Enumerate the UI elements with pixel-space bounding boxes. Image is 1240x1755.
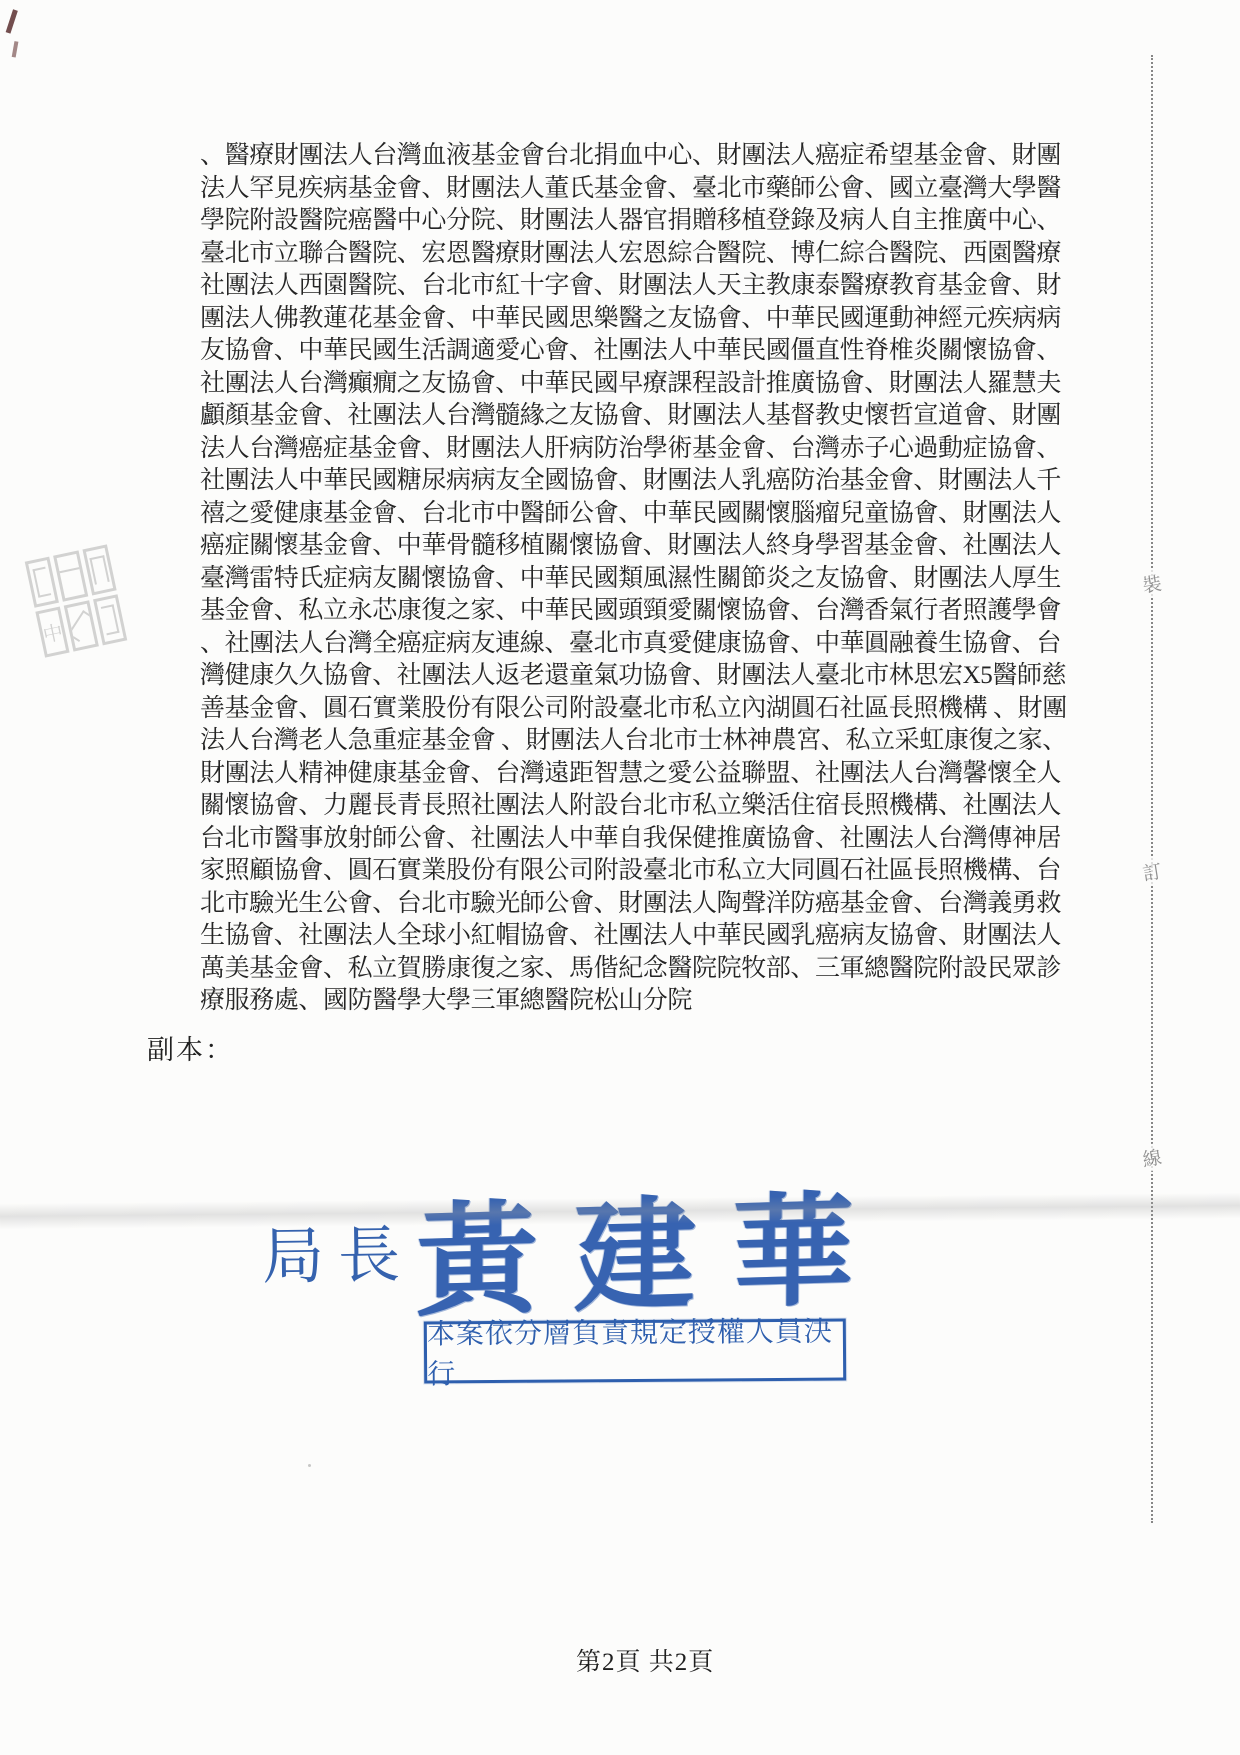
binding-label-xian: 線 bbox=[1137, 1142, 1167, 1173]
text-line: 社團法人中華民國糖尿病病友全國協會、財團法人乳癌防治基金會、財團法人千 bbox=[200, 465, 1130, 498]
text-line: 台北市醫事放射師公會、社團法人中華自我保健推廣協會、社團法人台灣傳神居 bbox=[200, 823, 1130, 856]
text-line: 團法人佛教蓮花基金會、中華民國思樂醫之友協會、中華民國運動神經元疾病病 bbox=[200, 303, 1130, 336]
scan-corner-artifact bbox=[12, 41, 27, 59]
binding-label-ding: 訂 bbox=[1137, 856, 1167, 887]
scan-speck bbox=[1037, 742, 1041, 746]
text-line: 法人台灣老人急重症基金會 、財團法人台北市士林神農宮、私立采虹康復之家、 bbox=[200, 725, 1130, 758]
faint-seal-stamp: 中 bbox=[20, 540, 132, 663]
delegation-authority-stamp: 本案依分層負責規定授權人員決行 bbox=[424, 1319, 846, 1384]
text-line: 善基金會、圓石實業股份有限公司附設臺北市私立內湖圓石社區長照機構 、財團 bbox=[200, 693, 1130, 726]
text-line: 、社團法人台灣全癌症病友連線、臺北市真愛健康協會、中華圓融養生協會、台 bbox=[200, 628, 1130, 661]
text-line: 生協會、社團法人全球小紅帽協會、社團法人中華民國乳癌病友協會、財團法人 bbox=[200, 920, 1130, 953]
seal-fragment bbox=[82, 544, 117, 595]
recipient-list-paragraph: 、醫療財團法人台灣血液基金會台北捐血中心、財團法人癌症希望基金會、財團法人罕見疾… bbox=[200, 140, 1130, 1018]
text-line: 社團法人台灣癲癇之友協會、中華民國早療課程設計推廣協會、財團法人羅慧夫 bbox=[200, 368, 1130, 401]
binding-dotted-line bbox=[1151, 55, 1153, 1523]
text-line: 顱顏基金會、社團法人台灣髓緣之友協會、財團法人基督教史懷哲宣道會、財團 bbox=[200, 400, 1130, 433]
text-line: 基金會、私立永芯康復之家、中華民國頭頸愛關懷協會、台灣香氣行者照護學會 bbox=[200, 595, 1130, 628]
text-line: 、醫療財團法人台灣血液基金會台北捐血中心、財團法人癌症希望基金會、財團 bbox=[200, 140, 1130, 173]
seal-fragment bbox=[53, 550, 88, 601]
scan-corner-artifact bbox=[6, 9, 28, 36]
scan-speck bbox=[308, 1464, 311, 1467]
text-line: 學院附設醫院癌醫中心分院、財團法人器官捐贈移植登錄及病人自主推廣中心、 bbox=[200, 205, 1130, 238]
text-line: 臺北市立聯合醫院、宏恩醫療財團法人宏恩綜合醫院、博仁綜合醫院、西園醫療 bbox=[200, 238, 1130, 271]
seal-fragment bbox=[93, 594, 128, 645]
text-line: 家照顧協會、圓石實業股份有限公司附設臺北市私立大同圓石社區長照機構、台 bbox=[200, 855, 1130, 888]
text-line: 法人罕見疾病基金會、財團法人董氏基金會、臺北市藥師公會、國立臺灣大學醫 bbox=[200, 173, 1130, 206]
text-line: 社團法人西園醫院、台北市紅十字會、財團法人天主教康泰醫療教育基金會、財 bbox=[200, 270, 1130, 303]
scanned-document-page: 、醫療財團法人台灣血液基金會台北捐血中心、財團法人癌症希望基金會、財團法人罕見疾… bbox=[0, 0, 1240, 1755]
text-line: 禧之愛健康基金會、台北市中醫師公會、中華民國關懷腦瘤兒童協會、財團法人 bbox=[200, 498, 1130, 531]
director-general-title: 局長 bbox=[261, 1205, 414, 1296]
seal-fragment bbox=[25, 557, 60, 608]
seal-fragment-zhong: 中 bbox=[35, 606, 70, 657]
text-line: 癌症關懷基金會、中華骨髓移植關懷協會、財團法人終身學習基金會、社團法人 bbox=[200, 530, 1130, 563]
text-line: 法人台灣癌症基金會、財團法人肝病防治學術基金會、台灣赤子心過動症協會、 bbox=[200, 433, 1130, 466]
text-line: 臺灣雷特氏症病友關懷協會、中華民國類風濕性關節炎之友協會、財團法人厚生 bbox=[200, 563, 1130, 596]
text-line: 萬美基金會、私立賀勝康復之家、馬偕紀念醫院院牧部、三軍總醫院附設民眾診 bbox=[200, 953, 1130, 986]
binding-label-zhuang: 裝 bbox=[1137, 568, 1167, 599]
page-number-footer: 第2頁 共2頁 bbox=[576, 1642, 714, 1678]
text-line: 北市驗光生公會、台北市驗光師公會、財團法人陶聲洋防癌基金會、台灣義勇救 bbox=[200, 888, 1130, 921]
text-line: 灣健康久久協會、社團法人返老還童氣功協會、財團法人臺北市林思宏X5醫師慈 bbox=[200, 660, 1130, 693]
seal-fragment bbox=[64, 600, 99, 651]
text-line: 友協會、中華民國生活調適愛心會、社團法人中華民國僵直性脊椎炎關懷協會、 bbox=[200, 335, 1130, 368]
text-line: 關懷協會、力麗長青長照社團法人附設台北市私立樂活住宿長照機構、社團法人 bbox=[200, 790, 1130, 823]
copy-section-label: 副本： bbox=[147, 1028, 234, 1067]
text-line: 療服務處、國防醫學大學三軍總醫院松山分院 bbox=[200, 985, 1130, 1018]
text-line: 財團法人精神健康基金會、台灣遠距智慧之愛公益聯盟、社團法人台灣馨懷全人 bbox=[200, 758, 1130, 791]
